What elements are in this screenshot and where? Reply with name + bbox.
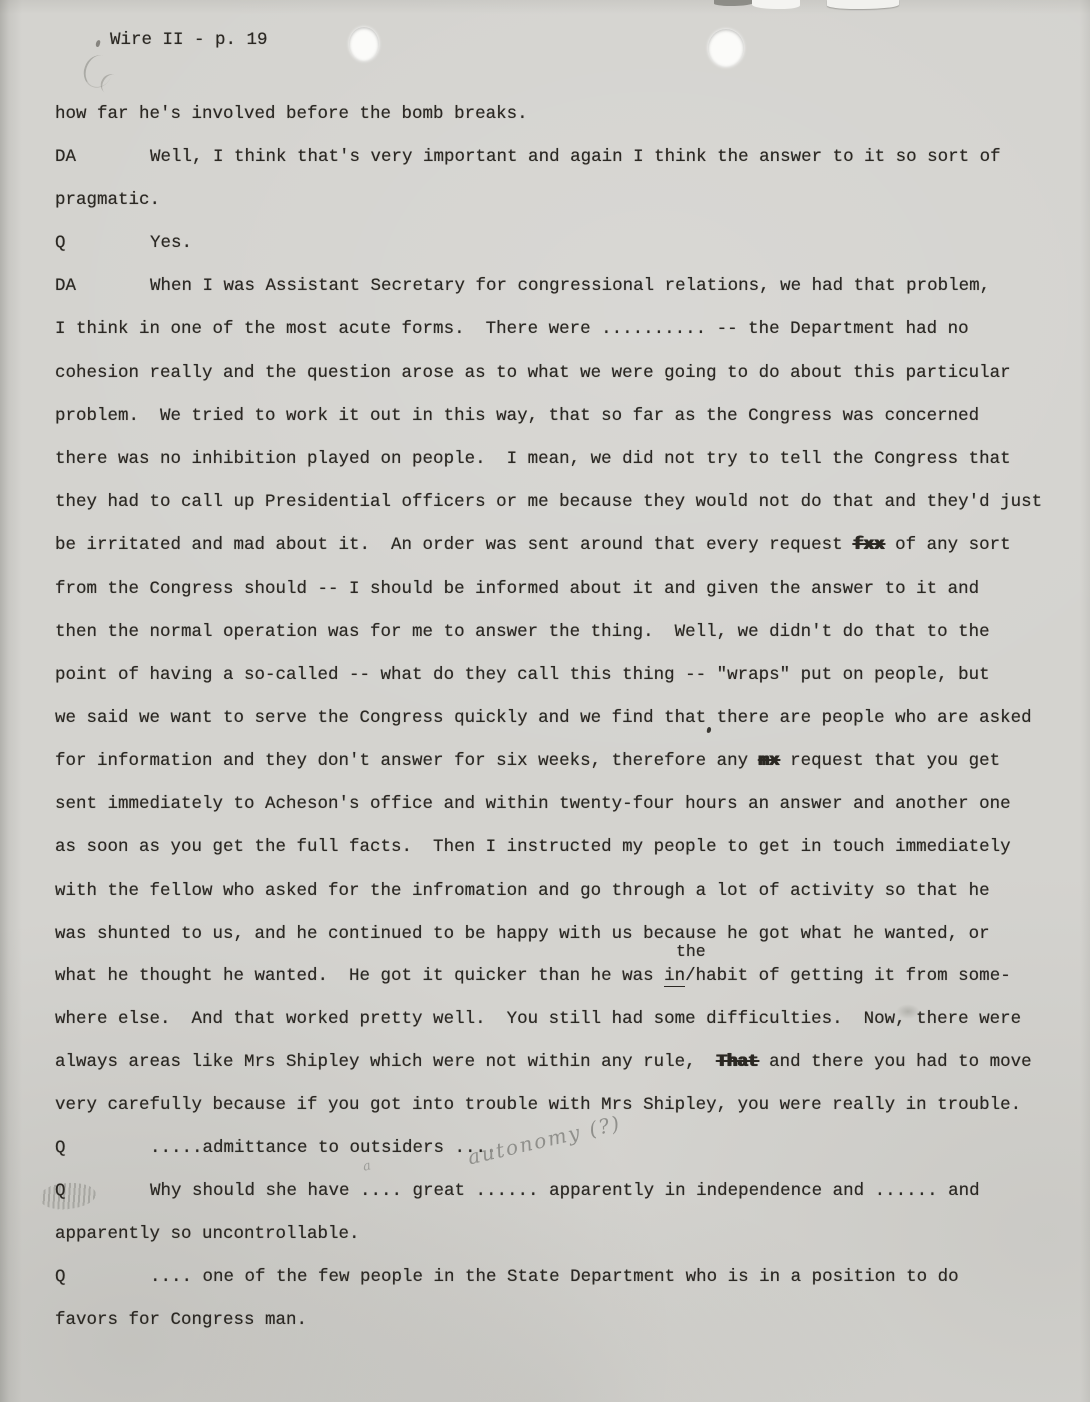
transcript-line: where else. And that worked pretty well.… <box>55 1008 1021 1030</box>
line-text: and there you had to move <box>759 1052 1032 1072</box>
transcript-line: QWhy should she have .... great ...... a… <box>55 1180 980 1202</box>
speaker-label: Q <box>55 1180 150 1202</box>
transcript-line: was shunted to us, and he continued to b… <box>55 923 990 945</box>
line-text: very carefully because if you got into t… <box>55 1095 1021 1115</box>
transcript-line: pragmatic. <box>55 189 160 211</box>
speaker-label: DA <box>55 275 150 297</box>
scanned-transcript-page: Wire II - p. 19 how far he's involved be… <box>0 0 1090 1402</box>
line-text: how far he's involved before the bomb br… <box>55 104 528 124</box>
transcript-line: I think in one of the most acute forms. … <box>55 318 969 340</box>
line-text: request that you get <box>780 751 1001 771</box>
transcript-line: with the fellow who asked for the infrom… <box>55 880 990 902</box>
line-text: pragmatic. <box>55 190 160 210</box>
transcript-line: sent immediately to Acheson's office and… <box>55 793 1011 815</box>
line-text: for information and they don't answer fo… <box>55 751 759 771</box>
transcript-line: for information and they don't answer fo… <box>55 750 1000 772</box>
line-text: I think in one of the most acute forms. … <box>55 319 969 339</box>
line-text: where else. And that worked pretty well.… <box>55 1009 1021 1029</box>
hole-punch <box>349 27 379 61</box>
transcript-line: DAWhen I was Assistant Secretary for con… <box>55 275 990 297</box>
line-text: point of having a so-called -- what do t… <box>55 665 990 685</box>
transcript-line: how far he's involved before the bomb br… <box>55 103 528 125</box>
line-text: Why should she have .... great ...... ap… <box>150 1181 980 1201</box>
transcript-line: point of having a so-called -- what do t… <box>55 664 990 686</box>
page-header: Wire II - p. 19 <box>110 30 268 50</box>
line-text: with the fellow who asked for the infrom… <box>55 881 990 901</box>
transcript-line: what he thought he wanted. He got it qui… <box>55 965 1011 987</box>
transcript-line: Q.....admittance to outsiders .... <box>55 1137 497 1159</box>
line-text: sent immediately to Acheson's office and… <box>55 794 1011 814</box>
transcript-line: very carefully because if you got into t… <box>55 1094 1021 1116</box>
interline-insertion: the <box>676 942 706 961</box>
transcript-line: problem. We tried to work it out in this… <box>55 405 979 427</box>
line-text: .... one of the few people in the State … <box>150 1267 959 1287</box>
line-text: apparently so uncontrollable. <box>55 1224 360 1244</box>
insertion-slash: / <box>685 966 696 986</box>
line-text: was shunted to us, and he continued to b… <box>55 924 990 944</box>
speaker-label: Q <box>55 232 150 254</box>
line-text: cohesion really and the question arose a… <box>55 363 1011 383</box>
line-text: When I was Assistant Secretary for congr… <box>150 276 990 296</box>
speaker-label: DA <box>55 146 150 168</box>
transcript-line: be irritated and mad about it. An order … <box>55 534 1011 556</box>
overstruck-word: That <box>717 1052 759 1072</box>
line-text: then the normal operation was for me to … <box>55 622 990 642</box>
transcript-line: we said we want to serve the Congress qu… <box>55 707 1032 729</box>
transcript-line: then the normal operation was for me to … <box>55 621 990 643</box>
line-text: we said we want to serve the Congress qu… <box>55 708 1032 728</box>
paper-tear-mark <box>752 0 800 9</box>
line-text: habit of getting it from some- <box>696 966 1011 986</box>
transcript-line: as soon as you get the full facts. Then … <box>55 836 1011 858</box>
transcript-line: always areas like Mrs Shipley which were… <box>55 1051 1032 1073</box>
transcript-line: apparently so uncontrollable. <box>55 1223 360 1245</box>
underlined-word: in <box>664 966 685 987</box>
line-text: of any sort <box>885 535 1011 555</box>
transcript-line: cohesion really and the question arose a… <box>55 362 1011 384</box>
paper-tear-mark <box>827 0 899 9</box>
speaker-label: Q <box>55 1266 150 1288</box>
line-text: problem. We tried to work it out in this… <box>55 406 979 426</box>
paper-tear-mark <box>714 0 754 6</box>
line-text: from the Congress should -- I should be … <box>55 579 979 599</box>
transcript-line: there was no inhibition played on people… <box>55 448 1011 470</box>
hole-punch <box>708 29 744 67</box>
line-text: always areas like Mrs Shipley which were… <box>55 1052 717 1072</box>
transcript-line: QYes. <box>55 232 192 254</box>
overstruck-word: mx <box>759 751 780 771</box>
line-text: what he thought he wanted. He got it qui… <box>55 966 664 986</box>
transcript-line: DAWell, I think that's very important an… <box>55 146 1001 168</box>
transcript-line: from the Congress should -- I should be … <box>55 578 979 600</box>
transcript-line: they had to call up Presidential officer… <box>55 491 1042 513</box>
speaker-label: Q <box>55 1137 150 1159</box>
line-text: be irritated and mad about it. An order … <box>55 535 853 555</box>
handwritten-annotation: autonomy (?) <box>465 1111 623 1170</box>
overstruck-word: fxx <box>853 535 885 555</box>
line-text: Well, I think that's very important and … <box>150 147 1001 167</box>
line-text: they had to call up Presidential officer… <box>55 492 1042 512</box>
line-text: Yes. <box>150 233 192 253</box>
handwritten-annotation: a <box>362 1158 373 1174</box>
line-text: .....admittance to outsiders .... <box>150 1138 497 1158</box>
transcript-line: Q.... one of the few people in the State… <box>55 1266 959 1288</box>
stray-ink-mark <box>95 40 101 48</box>
transcript-line: favors for Congress man. <box>55 1309 307 1331</box>
line-text: favors for Congress man. <box>55 1310 307 1330</box>
line-text: as soon as you get the full facts. Then … <box>55 837 1011 857</box>
line-text: there was no inhibition played on people… <box>55 449 1011 469</box>
